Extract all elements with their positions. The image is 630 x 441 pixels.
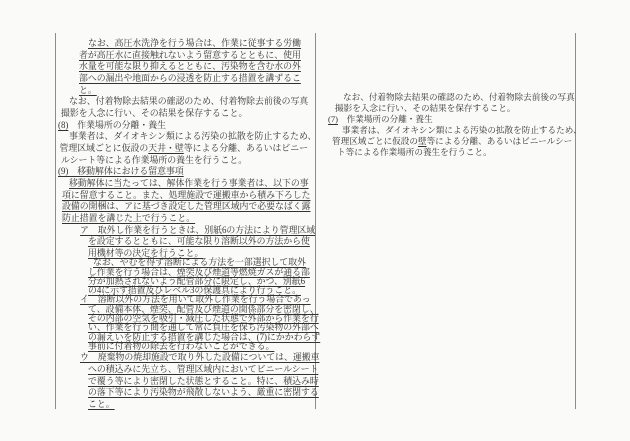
- text-segment: 壁: [418, 136, 427, 146]
- text-line: ト等による作業場所の養生を行うこと。: [337, 148, 492, 157]
- text-segment: (7): [328, 114, 338, 124]
- text-segment: ト等による作業場所の養生を行うこと。: [337, 147, 492, 157]
- text-segment: 管理区域ごとに仮設の: [332, 136, 418, 146]
- text-segment: 事業者は、ダイオキシン類による汚染の拡散を防止するため、: [342, 125, 582, 135]
- text-line: 撮影を入念に行い、その結果を保存すること。: [335, 104, 515, 113]
- text-line: 管理区域ごとに仮設の壁等による分離、あるいはビニールシー: [332, 137, 572, 146]
- text-line: (7) 作業場所の分離・養生: [328, 115, 433, 124]
- document-page-spread: なお、高圧水洗浄を行う場合は、作業に従事する労働者が高圧水に直接触れないよう留意…: [0, 0, 630, 441]
- text-line: 事業者は、ダイオキシン類による汚染の拡散を防止するため、: [342, 126, 582, 135]
- text-segment: なお、付着物除去結果の確認のため、付着物除去前後の写真: [343, 92, 575, 102]
- text-segment: 等による分離、あるいはビニールシー: [427, 136, 573, 146]
- text-segment: 作業場所の分離・養生: [338, 114, 433, 124]
- right-page-column: なお、付着物除去結果の確認のため、付着物除去前後の写真撮影を入念に行い、その結果…: [0, 0, 630, 441]
- text-segment: 撮影を入念に行い、その結果を保存すること。: [335, 103, 515, 113]
- text-line: なお、付着物除去結果の確認のため、付着物除去前後の写真: [343, 93, 575, 102]
